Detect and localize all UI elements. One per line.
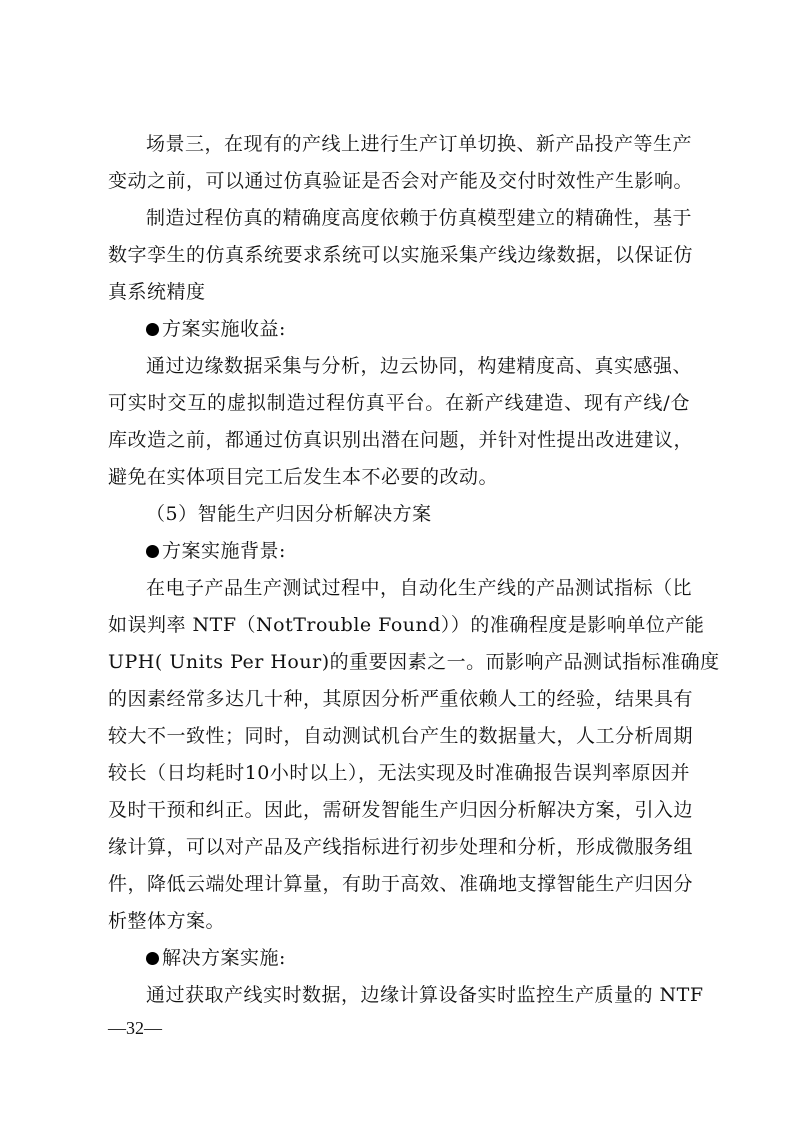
body-text-line: 数字孪生的仿真系统要求系统可以实施采集产线边缘数据，以保证仿 [108, 237, 690, 273]
bullet-heading-benefits: 方案实施收益: [146, 311, 286, 347]
body-text-line: 变动之前，可以通过仿真验证是否会对产能及交付时效性产生影响。 [108, 163, 690, 199]
document-page: 场景三，在现有的产线上进行生产订单切换、新产品投产等生产 变动之前，可以通过仿真… [0, 0, 793, 1122]
body-text-line: 通过边缘数据采集与分析，边云协同，构建精度高、真实感强、 [146, 348, 690, 384]
body-text-line: 件，降低云端处理计算量，有助于高效、准确地支撑智能生产归因分 [108, 866, 690, 902]
body-text-line: 较大不一致性；同时，自动测试机台产生的数据量大，人工分析周期 [108, 718, 690, 754]
body-text-line: 库改造之前，都通过仿真识别出潜在问题，并针对性提出改进建议， [108, 422, 690, 458]
body-text-line: 在电子产品生产测试过程中，自动化生产线的产品测试指标（比 [146, 570, 690, 606]
body-text-line: 真系统精度 [108, 274, 690, 310]
body-text-line: 场景三，在现有的产线上进行生产订单切换、新产品投产等生产 [146, 126, 690, 162]
section-heading: （5）智能生产归因分析解决方案 [146, 496, 432, 532]
body-text-line: 较长（日均耗时10小时以上），无法实现及时准确报告误判率原因并 [108, 755, 690, 791]
body-text-line: 的因素经常多达几十种，其原因分析严重依赖人工的经验，结果具有 [108, 681, 690, 717]
body-text-line: 制造过程仿真的精确度高度依赖于仿真模型建立的精确性，基于 [146, 200, 690, 236]
page-number: —32— [108, 1016, 162, 1040]
bullet-icon [146, 323, 159, 336]
body-text-line: 缘计算，可以对产品及产线指标进行初步处理和分析，形成微服务组 [108, 829, 690, 865]
bullet-heading-text: 方案实施背景: [162, 540, 286, 562]
body-text-line: 通过获取产线实时数据，边缘计算设备实时监控生产质量的 NTF [146, 977, 690, 1013]
bullet-heading-implementation: 解决方案实施: [146, 940, 286, 976]
bullet-icon [146, 952, 159, 965]
bullet-heading-text: 解决方案实施: [162, 947, 286, 969]
body-text-line: 如误判率 NTF（NotTrouble Found））的准确程度是影响单位产能 [108, 607, 690, 643]
body-text-line: 及时干预和纠正。因此，需研发智能生产归因分析解决方案，引入边 [108, 792, 690, 828]
body-text-line: UPH( Units Per Hour)的重要因素之一。而影响产品测试指标准确度 [108, 644, 690, 680]
body-text-line: 避免在实体项目完工后发生本不必要的改动。 [108, 459, 690, 495]
body-text-line: 析整体方案。 [108, 903, 690, 939]
bullet-icon [146, 545, 159, 558]
bullet-heading-text: 方案实施收益: [162, 318, 286, 340]
bullet-heading-background: 方案实施背景: [146, 533, 286, 569]
body-text-line: 可实时交互的虚拟制造过程仿真平台。在新产线建造、现有产线/仓 [108, 385, 690, 421]
